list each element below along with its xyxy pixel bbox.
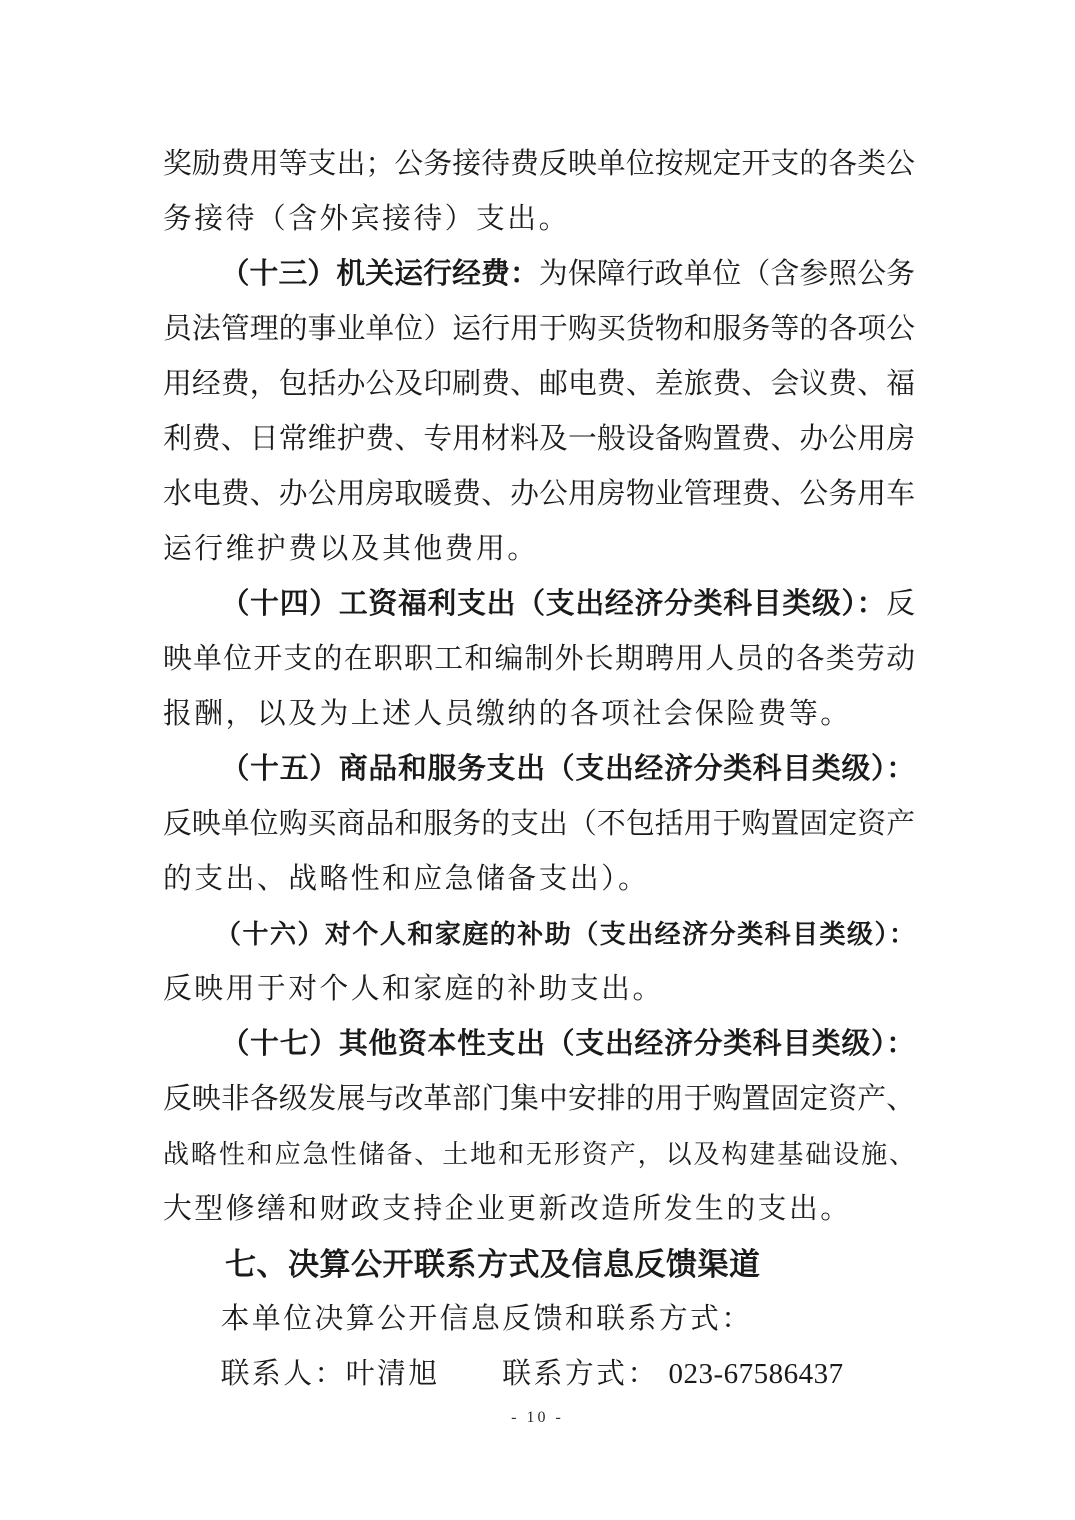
- text-segment: 七、决算公开联系方式及信息反馈渠道: [225, 1247, 761, 1282]
- text-line: 运行维护费以及其他费用。: [163, 522, 915, 577]
- text-segment: （十五）商品和服务支出（支出经济分类科目类级）：: [221, 753, 915, 785]
- text-line: （十四）工资福利支出（支出经济分类科目类级）：反: [163, 577, 915, 632]
- document-body: 奖励费用等支出；公务接待费反映单位按规定开支的各类公务接待（含外宾接待）支出。（…: [163, 137, 915, 1402]
- text-segment: （十七）其他资本性支出（支出经济分类科目类级）：: [221, 1028, 915, 1060]
- text-line: 的支出、战略性和应急储备支出）。: [163, 852, 915, 907]
- text-segment: 奖励费用等支出；公务接待费反映单位按规定开支的各类公: [163, 148, 915, 180]
- text-segment: 映单位开支的在职职工和编制外长期聘用人员的各类劳动: [163, 643, 915, 675]
- text-segment: 报酬，以及为上述人员缴纳的各项社会保险费等。: [163, 698, 852, 730]
- document-page: 奖励费用等支出；公务接待费反映单位按规定开支的各类公务接待（含外宾接待）支出。（…: [0, 0, 1075, 1520]
- text-segment: 大型修缮和财政支持企业更新改造所发生的支出。: [163, 1193, 852, 1225]
- text-line: 员法管理的事业单位）运行用于购买货物和服务等的各项公: [163, 302, 915, 357]
- text-segment: 本单位决算公开信息反馈和联系方式：: [221, 1303, 753, 1335]
- page-number: - 10 -: [0, 1403, 1075, 1433]
- section-heading: 七、决算公开联系方式及信息反馈渠道: [163, 1237, 915, 1292]
- text-line: 大型修缮和财政支持企业更新改造所发生的支出。: [163, 1182, 915, 1237]
- text-segment: 水电费、办公用房取暖费、办公用房物业管理费、公务用车: [163, 478, 915, 510]
- text-line: 战略性和应急性储备、土地和无形资产，以及构建基础设施、: [163, 1127, 915, 1182]
- text-line: 用经费，包括办公及印刷费、邮电费、差旅费、会议费、福: [163, 357, 915, 412]
- text-segment: 023-67586437: [668, 1358, 843, 1390]
- text-segment: 的支出、战略性和应急储备支出）。: [163, 863, 649, 895]
- text-line: 务接待（含外宾接待）支出。: [163, 192, 915, 247]
- text-segment: 反: [886, 588, 915, 620]
- text-line: 利费、日常维护费、专用材料及一般设备购置费、办公用房: [163, 412, 915, 467]
- text-segment: 反映非各级发展与改革部门集中安排的用于购置固定资产、: [163, 1083, 915, 1115]
- text-line: （十六）对个人和家庭的补助（支出经济分类科目类级）：: [163, 907, 915, 962]
- text-segment: 反映用于对个人和家庭的补助支出。: [163, 973, 664, 1005]
- text-line: 映单位开支的在职职工和编制外长期聘用人员的各类劳动: [163, 632, 915, 687]
- text-segment: 务接待（含外宾接待）支出。: [163, 203, 570, 235]
- text-line: 报酬，以及为上述人员缴纳的各项社会保险费等。: [163, 687, 915, 742]
- text-line: 反映单位购买商品和服务的支出（不包括用于购置固定资产: [163, 797, 915, 852]
- text-segment: 员法管理的事业单位）运行用于购买货物和服务等的各项公: [163, 313, 915, 345]
- text-segment: （十六）对个人和家庭的补助（支出经济分类科目类级）：: [215, 920, 915, 949]
- text-segment: 利费、日常维护费、专用材料及一般设备购置费、办公用房: [163, 423, 915, 455]
- text-segment: 运行维护费以及其他费用。: [163, 533, 539, 565]
- text-line: 联系人：叶清旭 联系方式： 023-67586437: [163, 1347, 915, 1402]
- text-line: 水电费、办公用房取暖费、办公用房物业管理费、公务用车: [163, 467, 915, 522]
- text-line: （十三）机关运行经费：为保障行政单位（含参照公务: [163, 247, 915, 302]
- text-segment: 反映单位购买商品和服务的支出（不包括用于购置固定资产: [163, 808, 915, 840]
- text-segment: 联系人：叶清旭 联系方式：: [221, 1358, 669, 1390]
- text-segment: 为保障行政单位（含参照公务: [539, 258, 915, 290]
- text-line: 奖励费用等支出；公务接待费反映单位按规定开支的各类公: [163, 137, 915, 192]
- text-segment: （十三）机关运行经费：: [221, 258, 539, 290]
- text-line: 反映用于对个人和家庭的补助支出。: [163, 962, 915, 1017]
- text-segment: 战略性和应急性储备、土地和无形资产，以及构建基础设施、: [163, 1140, 915, 1169]
- text-line: （十七）其他资本性支出（支出经济分类科目类级）：: [163, 1017, 915, 1072]
- text-line: （十五）商品和服务支出（支出经济分类科目类级）：: [163, 742, 915, 797]
- text-line: 反映非各级发展与改革部门集中安排的用于购置固定资产、: [163, 1072, 915, 1127]
- text-segment: （十四）工资福利支出（支出经济分类科目类级）：: [221, 588, 887, 620]
- text-line: 本单位决算公开信息反馈和联系方式：: [163, 1292, 915, 1347]
- text-segment: 用经费，包括办公及印刷费、邮电费、差旅费、会议费、福: [163, 368, 915, 400]
